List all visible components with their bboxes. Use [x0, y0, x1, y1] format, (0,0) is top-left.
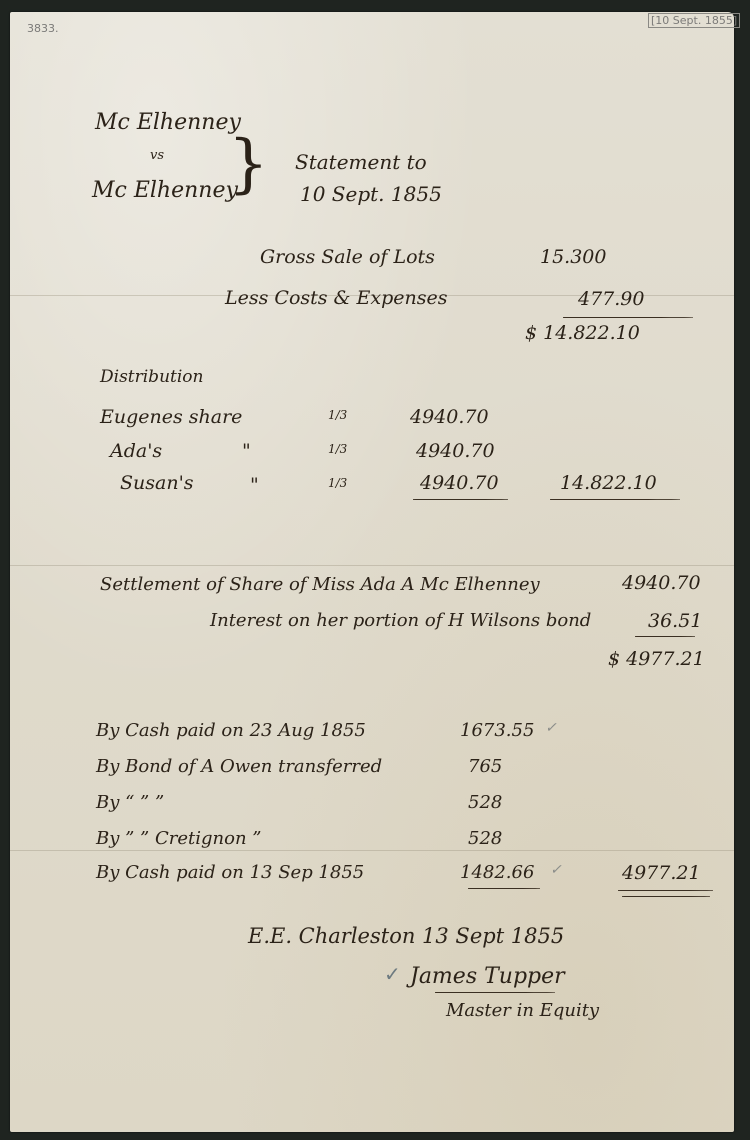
check-mark-icon: ✓ [550, 862, 562, 878]
party-1: Mc Elhenney [95, 110, 241, 135]
share-amount: 4940.70 [420, 472, 499, 494]
payments-total-double-underline [622, 896, 710, 897]
share-name: Eugenes share [100, 406, 242, 428]
place-date: E.E. Charleston 13 Sept 1855 [248, 924, 564, 948]
statement-date: 10 Sept. 1855 [300, 182, 442, 206]
payment-amount: 1482.66 [460, 862, 534, 883]
settlement-line-1-label: Settlement of Share of Miss Ada A Mc Elh… [100, 574, 540, 595]
payment-label: By Cash paid on 23 Aug 1855 [96, 720, 366, 741]
distribution-total-underline [550, 499, 680, 500]
ditto-mark: " [250, 474, 259, 496]
share-fraction: 1/3 [328, 476, 347, 490]
signature-underline [435, 992, 555, 993]
less-costs-label: Less Costs & Expenses [225, 287, 447, 309]
payment-amount: 765 [468, 756, 502, 777]
caption-brace: } [228, 127, 269, 201]
fold-line [10, 565, 734, 566]
share-fraction: 1/3 [328, 408, 347, 422]
payment-amount: 1673.55 [460, 720, 534, 741]
settlement-line-2-label: Interest on her portion of H Wilsons bon… [210, 610, 591, 631]
gross-sale-amount: 15.300 [540, 246, 630, 268]
settlement-line-2-amount: 36.51 [648, 610, 702, 632]
party-2: Mc Elhenney [92, 178, 238, 203]
payment-underline [468, 888, 540, 889]
check-mark-icon: ✓ [384, 962, 401, 986]
check-mark-icon: ✓ [545, 720, 557, 736]
ditto-mark: " [242, 440, 251, 462]
net-sale-amount: $ 14.822.10 [525, 322, 640, 344]
less-costs-amount: 477.90 [578, 288, 644, 310]
payment-label: By Cash paid on 13 Sep 1855 [96, 862, 364, 883]
payment-amount: 528 [468, 792, 502, 813]
payments-total-underline [618, 890, 713, 891]
archive-date-label: [10 Sept. 1855] [648, 13, 740, 28]
signer-title: Master in Equity [446, 1000, 599, 1021]
payment-label: By “ ” ” [96, 792, 164, 813]
signature: James Tupper [410, 964, 565, 989]
settlement-total: $ 4977.21 [608, 648, 705, 670]
gross-sale-label: Gross Sale of Lots [260, 246, 435, 268]
payment-amount: 528 [468, 828, 502, 849]
subtotal-underline [563, 317, 693, 318]
statement-title: Statement to [295, 150, 427, 174]
payment-label: By ” ” Cretignon ” [96, 828, 261, 849]
share-amount: 4940.70 [416, 440, 495, 462]
payments-total: 4977.21 [622, 862, 701, 884]
distribution-total: 14.822.10 [560, 472, 657, 494]
share-underline [413, 499, 508, 500]
share-amount: 4940.70 [410, 406, 489, 428]
share-fraction: 1/3 [328, 442, 347, 456]
payment-label: By Bond of A Owen transferred [96, 756, 382, 777]
versus-label: vs [150, 148, 164, 163]
distribution-heading: Distribution [100, 367, 203, 387]
archive-item-number: 3833. [27, 22, 59, 35]
document-page: 3833. [10 Sept. 1855] Mc Elhenney vs Mc … [10, 12, 734, 1132]
share-name: Ada's [110, 440, 162, 462]
settlement-underline [635, 636, 695, 637]
fold-line [10, 850, 734, 851]
settlement-line-1-amount: 4940.70 [622, 572, 701, 594]
share-name: Susan's [120, 472, 194, 494]
